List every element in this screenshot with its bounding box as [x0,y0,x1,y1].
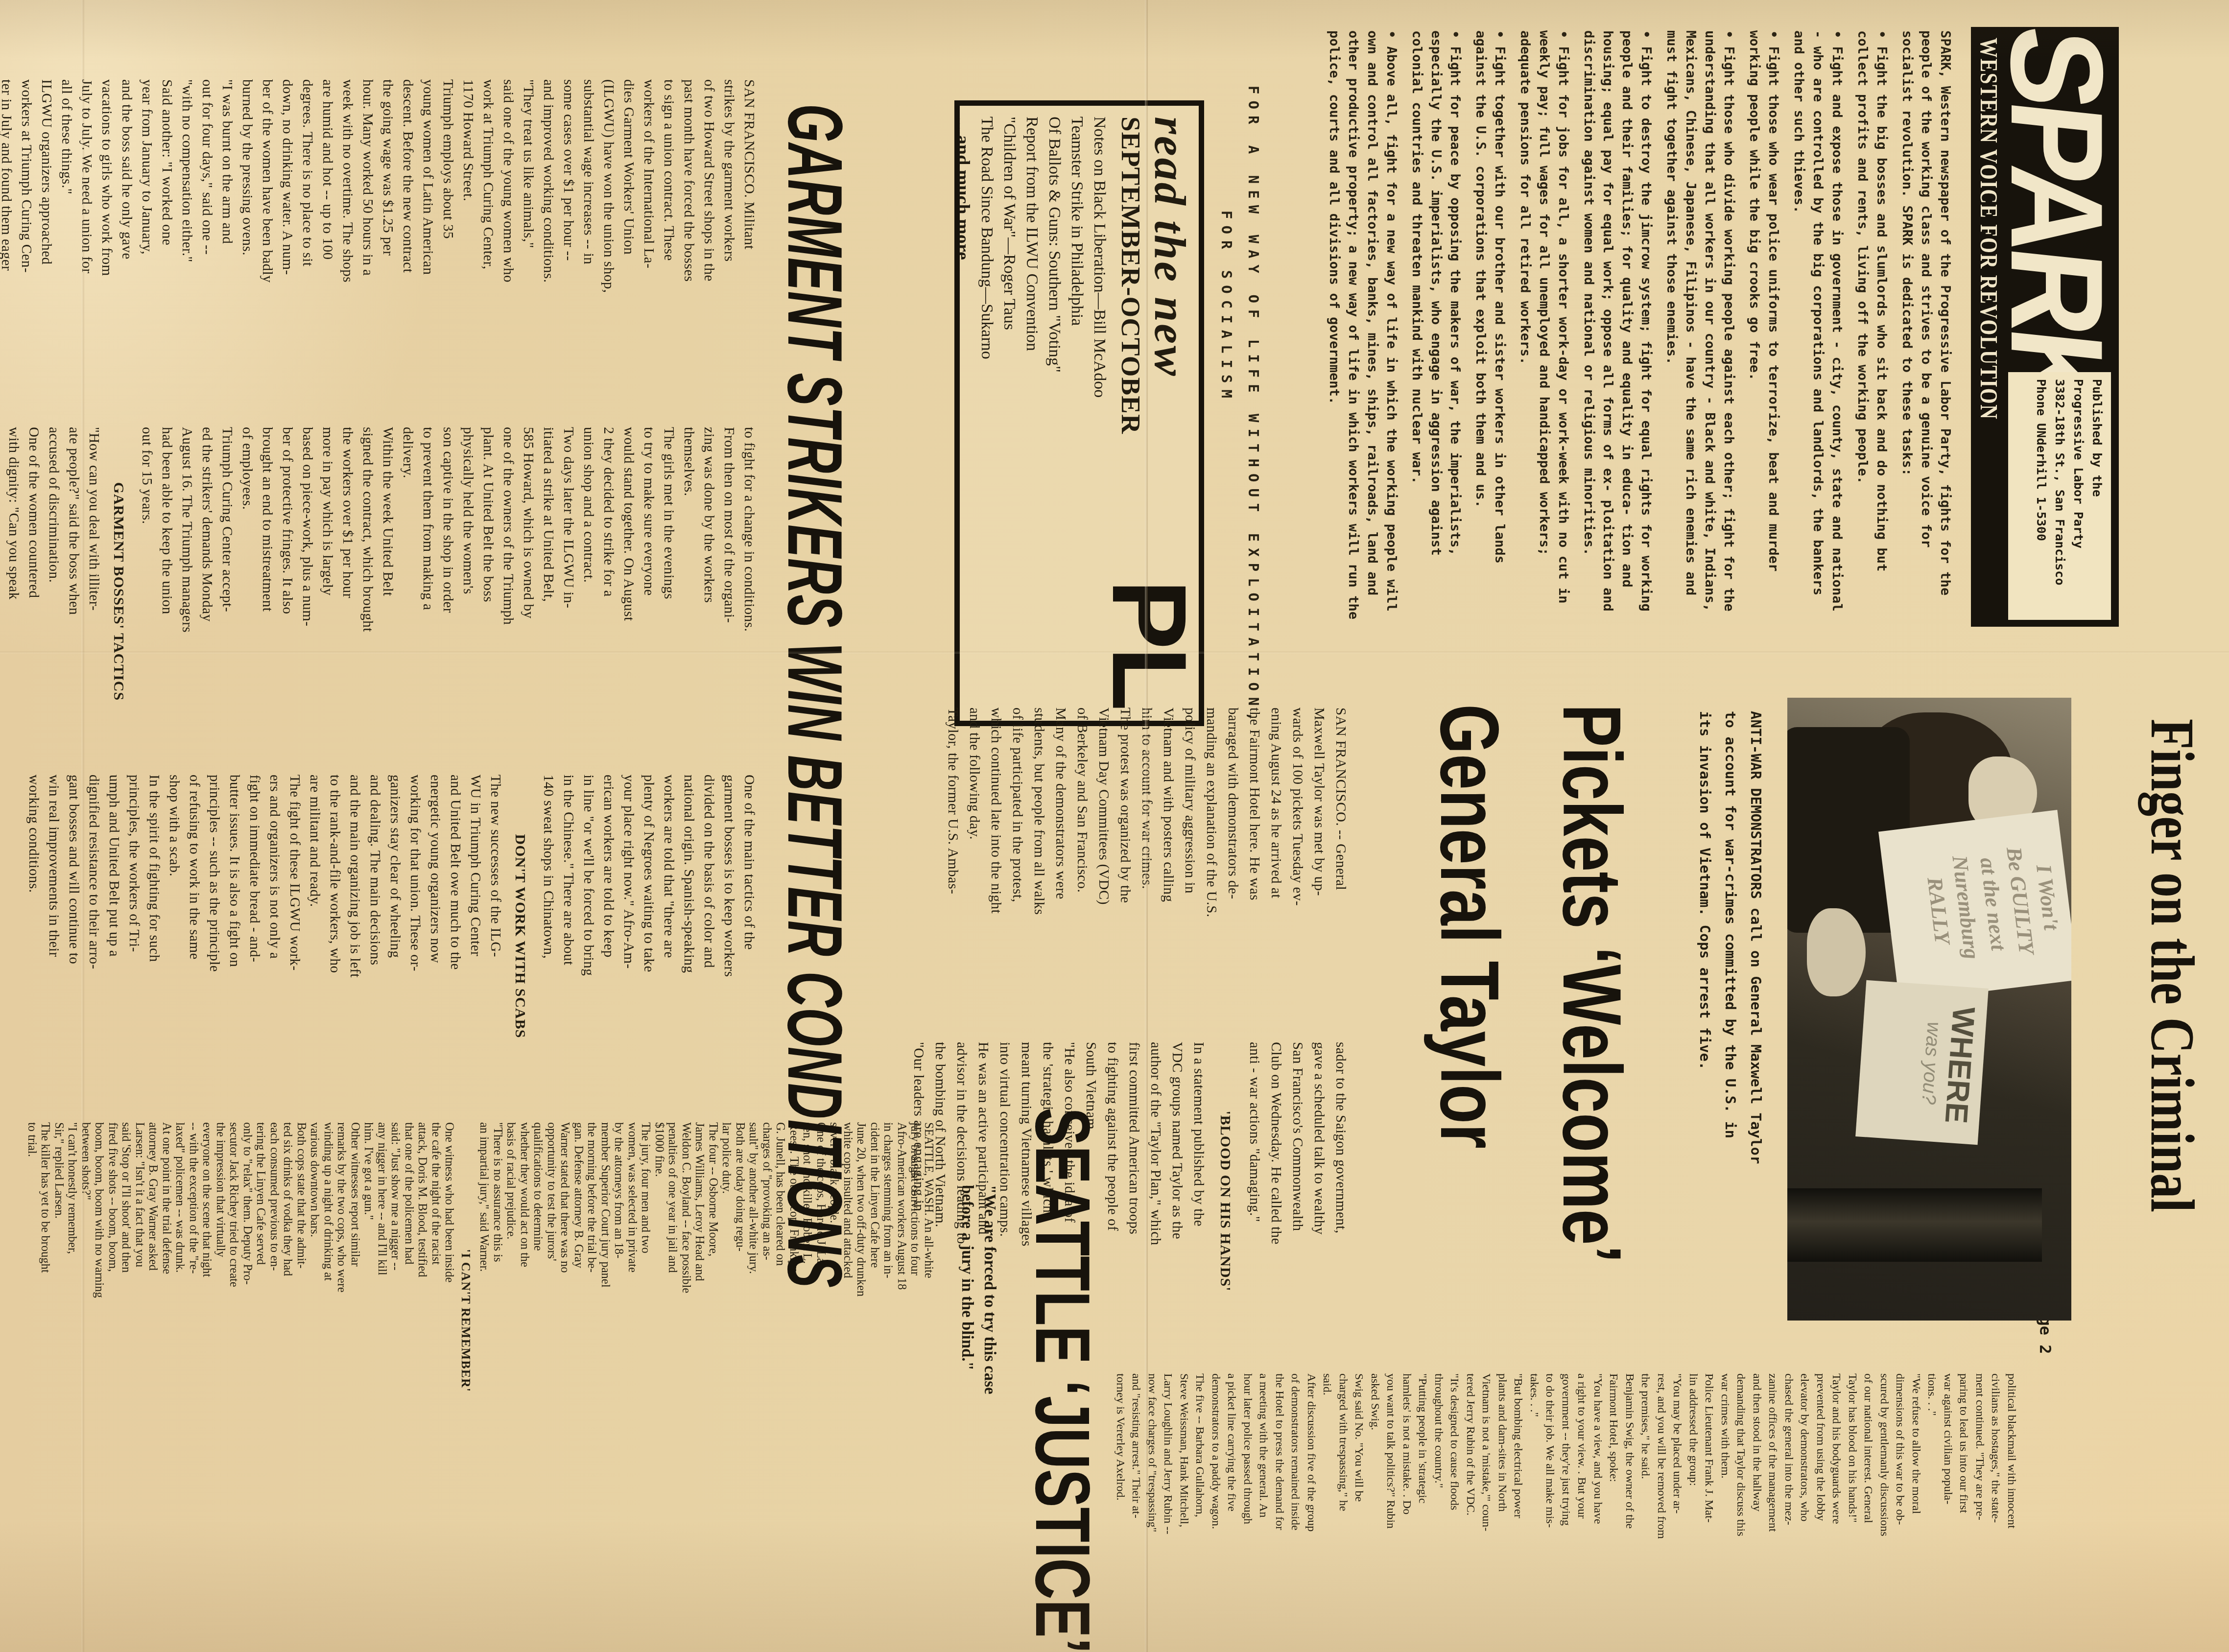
seattle-col-part2: One witness who had been inside the cafe… [25,1122,456,1519]
taylor-col2-part1: sador to the Saigon government, gave a s… [1244,1042,1352,1360]
platform-bullet: • Fight for jobs for all, a shorter work… [1516,30,1573,620]
garment-article-col3: One of the main tactics of the garment b… [24,775,759,1098]
garment-col2-part2: "How can you deal with illiter- ate peop… [0,427,104,756]
garment-col3-part2: The new successes of the ILG- WU in Triu… [24,775,505,1098]
protest-sign-nuremburg: I Won't Be GUILTY at the next Nuremburg … [1878,810,2071,1002]
photo-hand [1807,908,1866,996]
newspaper-page-rotated: Finger on the Criminal SPARK, Page 2 SPA… [0,0,2229,1652]
taylor-headline-line2: General Taylor [1422,704,1517,1149]
platform-bullet: • Fight to destroy the jimcrow system; f… [1579,30,1656,620]
taylor-subhead-blood: 'BLOOD ON HIS HANDS' [1214,1042,1236,1360]
demonstration-photo: I Won't Be GUILTY at the next Nuremburg … [1787,698,2071,1321]
garment-col3-part1: One of the main tactics of the garment b… [538,775,759,1098]
platform-bullet: • Fight and expose those in government -… [1789,30,1847,620]
pl-ad-more: ....and much more [954,117,973,710]
photo-pillar [1787,1188,2042,1262]
seattle-subhead-remember: 'I CAN'T REMEMBER' [459,1122,473,1519]
platform-bullet: • Fight together with our brother and si… [1471,30,1509,620]
garment-article-col2: to fight for a change in conditions. Fro… [0,427,759,756]
seattle-col-part1: SEATTLE, WASH. An all-white jury brought… [477,1122,935,1519]
garment-article-col1: SAN FRANCISCO. Militant strikes by the g… [0,79,759,408]
masthead-tagline: WESTERN VOICE FOR REVOLUTION [1975,38,2003,420]
paper-fold-crease [81,0,84,1652]
garment-subhead-tactics: GARMENT BOSSES' TACTICS [109,427,129,756]
protest-sign-where: WHERE was you? [1855,980,1989,1145]
banner-headline: Finger on the Criminal [2136,719,2208,1212]
party-platform: SPARK, Western newspaper of the Progress… [1325,30,1955,620]
taylor-article-col3: political blackmail with innocent civili… [1113,1373,2020,1640]
taylor-headline-line1: Pickets ‘Welcome’ [1544,704,1639,1263]
garment-headline: GARMENT STRIKERS WIN BETTER CONDITIONS [770,104,859,1288]
platform-slogan: FOR A NEW WAY OF LIFE WITHOUT EXPLOITATI… [1245,86,1262,727]
publisher-info: Published by the Progressive Labor Party… [2008,372,2111,620]
seattle-pull-quote: "We are forced to try this case before a… [956,1185,1001,1394]
paper-fold-crease [1145,0,1148,1652]
platform-slogan-socialism: FOR SOCIALISM [1218,211,1235,404]
masthead-box: SPARK Published by the Progressive Labor… [1971,27,2119,627]
scanned-newspaper-screenshot: Finger on the Criminal SPARK, Page 2 SPA… [0,0,2229,1652]
platform-intro: SPARK, Western newspaper of the Progress… [1897,30,1955,620]
platform-bullet: • Fight those who divide working people … [1662,30,1738,620]
garment-subhead-scabs: DON'T WORK WITH SCABS [510,775,530,1098]
paper-fold-crease [0,651,2229,654]
seattle-headline: SEATTLE ‘JUSTICE’ [1018,1108,1107,1652]
platform-bullet: • Fight those who wear police uniforms t… [1745,30,1783,620]
platform-bullet: • Fight the big bosses and slumlords who… [1853,30,1891,620]
platform-bullet: • Above all, fight for a new way of life… [1325,30,1401,620]
garment-col2-part1: to fight for a change in conditions. Fro… [137,427,759,756]
platform-bullet: • Fight for peace by opposing the makers… [1407,30,1465,620]
pl-ad-logo: PL [1103,579,1196,708]
pl-magazine-ad: read the new SEPTEMBER-OCTOBER PL Notes … [954,100,1204,726]
photo-caption: ANTI-WAR DEMONSTRATORS call on General M… [1692,711,1769,1164]
